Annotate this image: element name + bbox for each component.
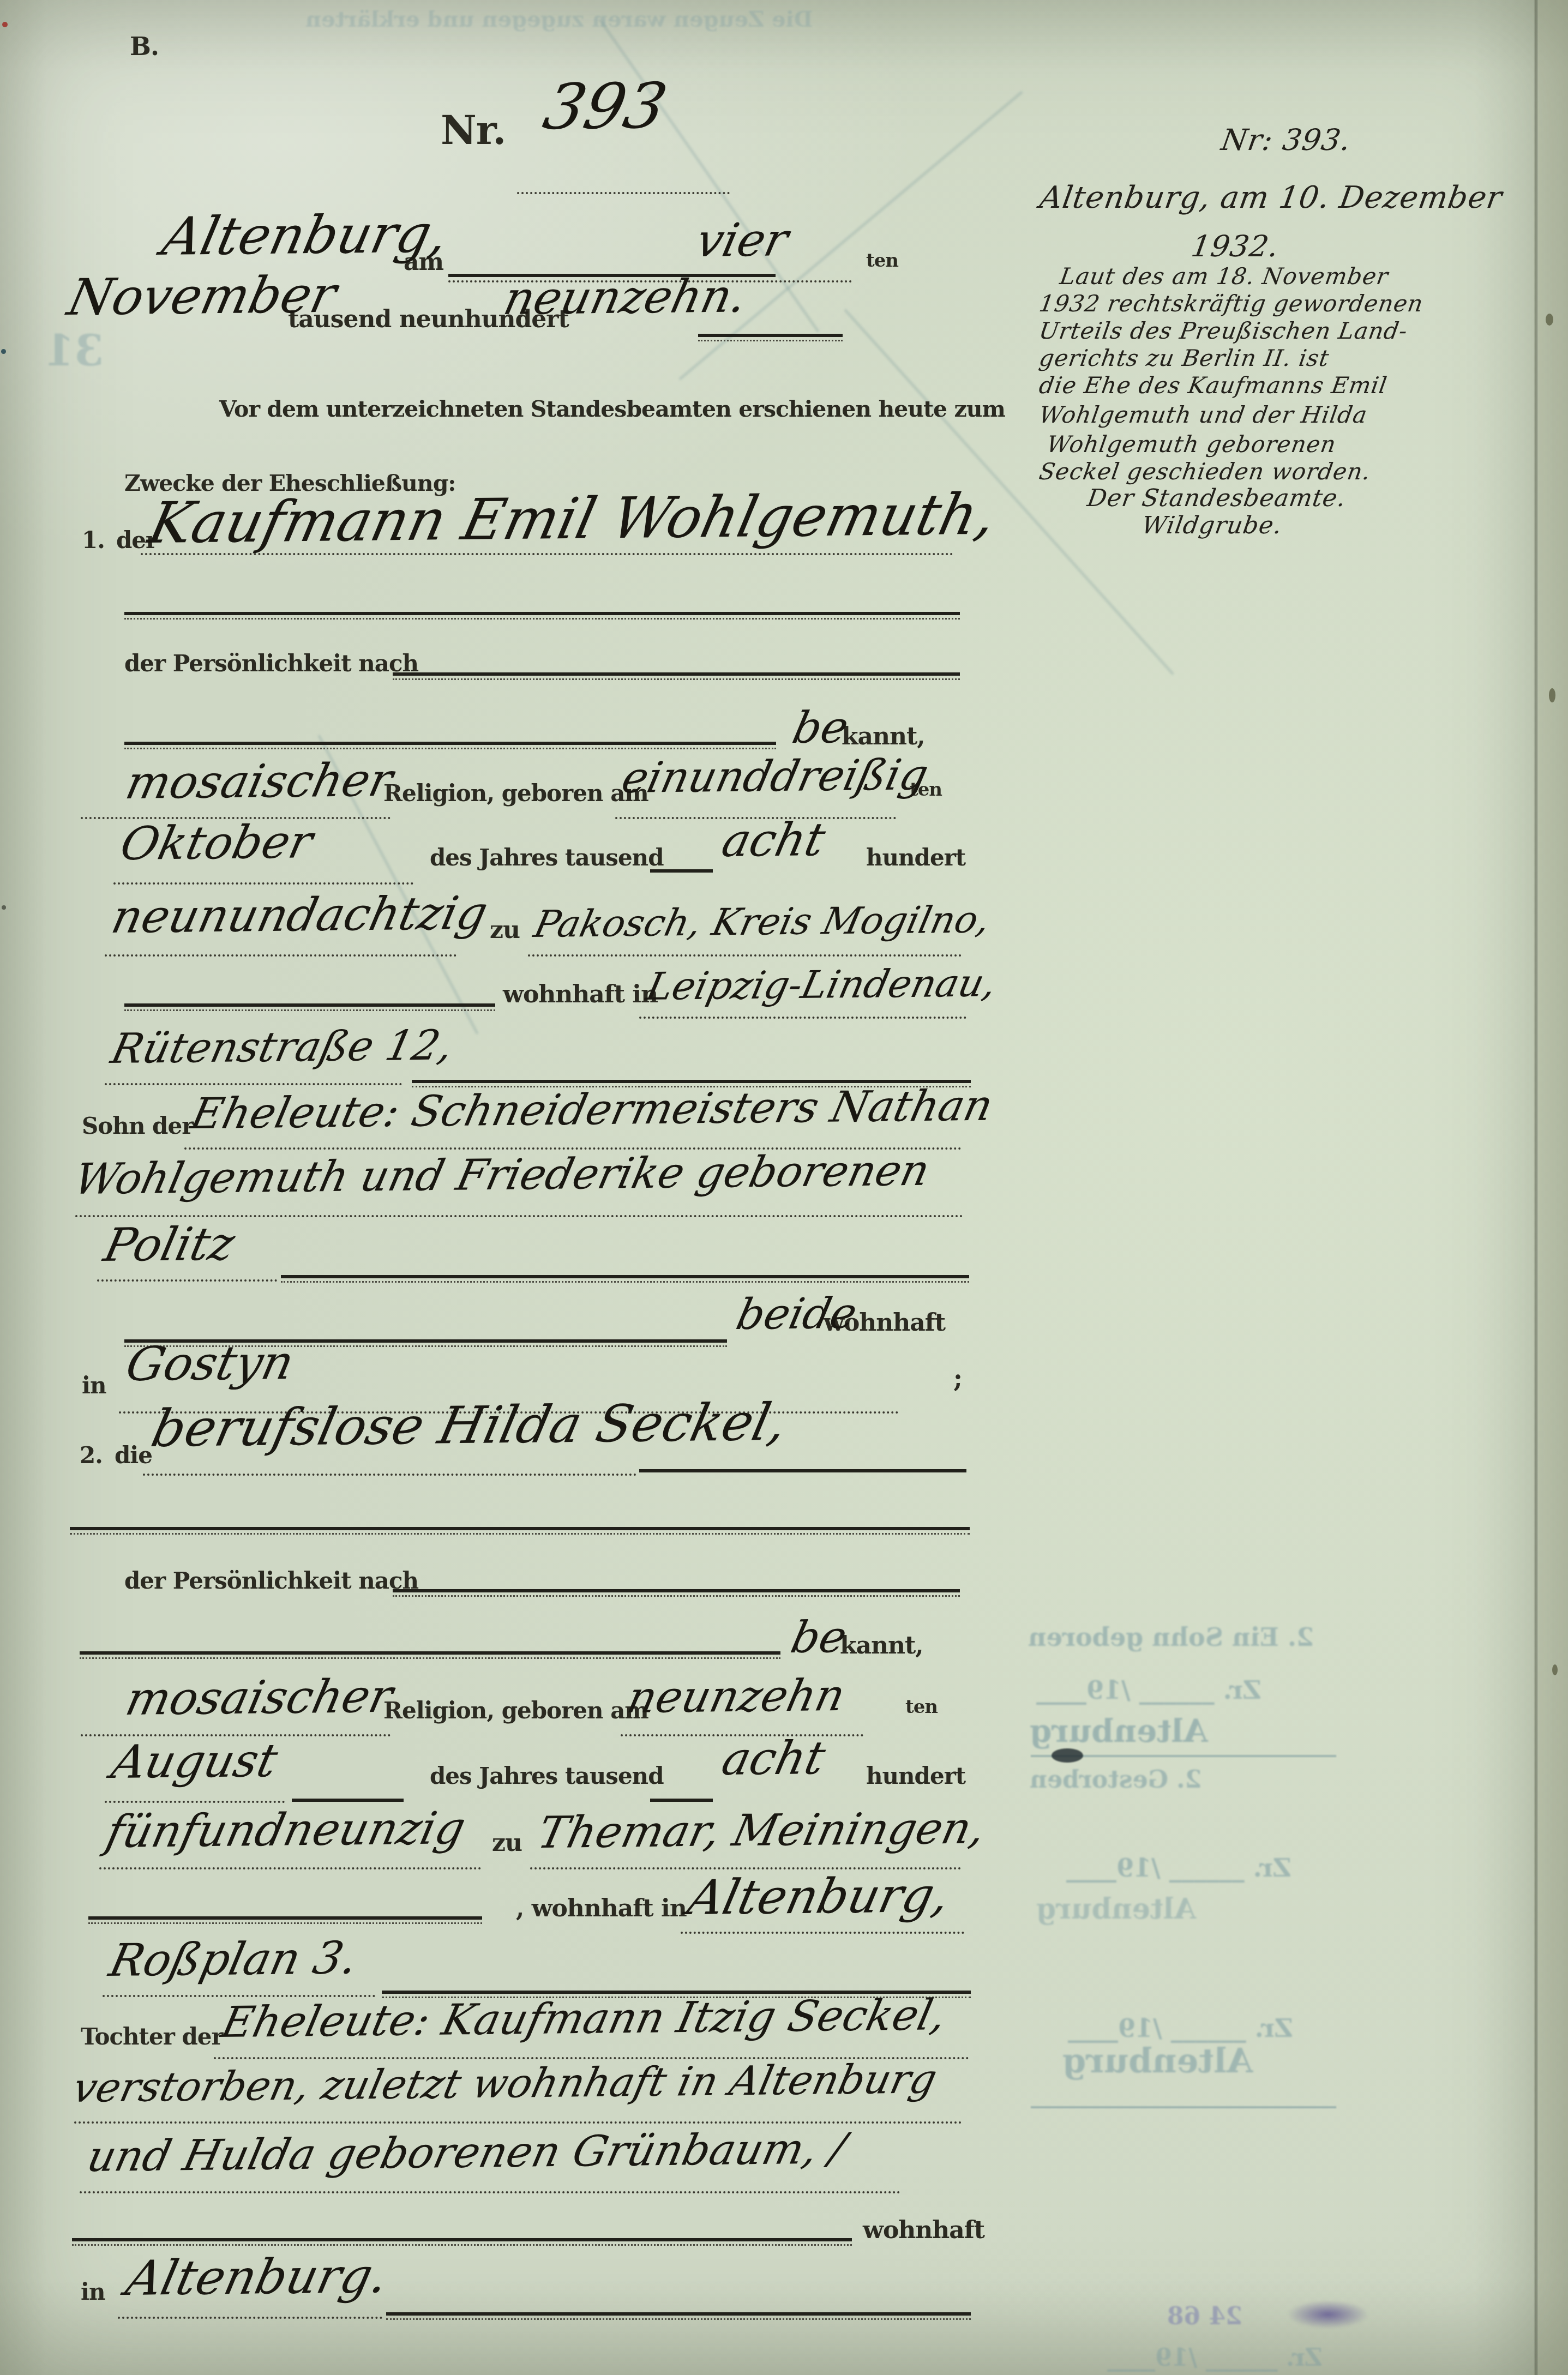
leader-dots (105, 954, 456, 957)
margin-note-line: Laut des am 18. November (1058, 263, 1390, 290)
paper-speck (2, 22, 8, 27)
groom-mother-maiden-name: Politz (99, 1217, 240, 1272)
bride-street: Roßplan 3. (105, 1932, 363, 1987)
bride-daughter-label: Tochter der (81, 2023, 223, 2050)
margin-signature: Wildgrube. (1140, 512, 1284, 539)
blank-rule (72, 2238, 852, 2246)
blank-rule (70, 1527, 970, 1535)
groom-religion-entry: mosaischer (121, 753, 398, 809)
bleedthrough-text: Altenburg (1036, 1892, 1196, 1926)
groom-residence-label: wohnhaft in (503, 981, 658, 1008)
groom-son-label: Sohn der (82, 1113, 193, 1139)
leader-dots (639, 1017, 966, 1019)
entry-day: vier (692, 213, 793, 267)
groom-name-entry: Kaufmann Emil Wohlgemuth, (143, 481, 1002, 556)
bride-known-suffix: kannt, (840, 1632, 923, 1660)
leader-dots (681, 1932, 964, 1934)
bride-parents-line1: Eheleute: Kaufmann Itzig Seckel, (217, 1991, 951, 2047)
semicolon: ; (953, 1363, 962, 1393)
bride-parents-line2: verstorben, zuletzt wohnhaft in Altenbur… (69, 2055, 941, 2112)
groom-birth-month: Oktober (116, 815, 317, 870)
bleedthrough-text: Altenburg (1062, 2041, 1253, 2081)
in-label: in (81, 2278, 105, 2305)
ten-suffix: ten (866, 250, 898, 272)
bride-year-hundreds: acht (717, 1731, 830, 1785)
wohnhaft-label: wohnhaft (863, 2216, 984, 2244)
hundert-label: hundert (866, 844, 965, 871)
entry-month: November (63, 266, 342, 327)
groom-parents-line1: Eheleute: Schneidermeisters Nathan (187, 1081, 997, 1139)
in-label: in (82, 1372, 106, 1399)
bride-residence-label: , wohnhaft in (516, 1895, 687, 1922)
groom-parents-line2: Wohlgemuth und Friederike geborenen (70, 1146, 934, 1204)
bleedthrough-text: Zr. ______ /19____ (1107, 2344, 1323, 2372)
registry-document-scan: Die Zeugen waren zugegen und erklärten 3… (0, 0, 1568, 2375)
page-edge-strip (1538, 0, 1568, 2375)
jahres-label: des Jahres tausend (430, 844, 664, 871)
bleedthrough-text: Zr. ______ /19____ (1068, 2013, 1293, 2043)
ten-suffix: ten (905, 1696, 938, 1718)
paper-tear (1552, 1664, 1558, 1675)
bride-birthplace: Themar, Meiningen, (533, 1802, 990, 1858)
leader-dots (97, 1279, 277, 1282)
margin-note-line: Urteils des Preußischen Land- (1037, 317, 1410, 344)
entry-year: neunzehn. (499, 269, 752, 325)
bride-residence: Altenburg, (683, 1867, 955, 1926)
bride-parents-line3: und Hulda geborenen Grünbaum, / (83, 2125, 850, 2181)
bride-year-tens: fünfundneunzig (101, 1802, 470, 1858)
margin-number-line: Nr: 393. (1219, 123, 1354, 157)
blank-rule (292, 1799, 404, 1802)
hundert-label: hundert (866, 1763, 965, 1789)
bride-parents-residence: Altenburg. (121, 2247, 393, 2306)
margin-note-line: Seckel geschieden worden. (1037, 458, 1373, 485)
blank-rule (386, 2312, 971, 2320)
ink-smudge (1052, 1748, 1083, 1763)
ink-stamp-smudge (1287, 2300, 1369, 2329)
blank-rule (650, 1799, 713, 1802)
margin-note-line: Wohlgemuth geborenen (1045, 431, 1338, 458)
paper-speck (1, 349, 6, 354)
bride-known-entry: be (786, 1612, 851, 1663)
bleedthrough-line (1031, 2106, 1336, 2108)
jahres-label: des Jahres tausend (430, 1763, 664, 1789)
bleedthrough-text: 2. Gestorben (1030, 1766, 1201, 1794)
leader-dots (105, 1801, 285, 1803)
bride-religion-label: Religion, geboren am (383, 1697, 648, 1724)
margin-note-closing: Der Standesbeamte. (1085, 484, 1348, 512)
bride-religion-entry: mosaischer (121, 1669, 398, 1725)
blank-rule (124, 612, 960, 620)
zu-label: zu (490, 916, 520, 944)
bride-identity-label: der Persönlichkeit nach (124, 1567, 418, 1594)
leader-dots (74, 2121, 962, 2124)
bleedthrough-text: Zr. ______ /19____ (1066, 1853, 1291, 1883)
groom-year-tens: neunundachtzig (107, 886, 492, 943)
margin-note-line: gerichts zu Berlin II. ist (1037, 345, 1331, 371)
record-number-label: Nr. (441, 107, 506, 153)
page-letter: B. (130, 32, 159, 61)
blank-rule (80, 1651, 780, 1659)
page-fold-crease (1534, 0, 1538, 2375)
blank-rule (639, 1469, 966, 1472)
record-number-value: 393 (537, 70, 674, 144)
paper-tear (1549, 688, 1555, 702)
groom-residence: Leipzig-Lindenau, (642, 960, 1001, 1009)
groom-birth-day: einunddreißig (617, 750, 933, 803)
groom-index: 1. (82, 527, 105, 554)
groom-birthplace: Pakosch, Kreis Mogilno, (530, 898, 994, 946)
bleedthrough-text: Die Zeugen waren zugegen und erklärten (305, 7, 813, 32)
groom-religion-label: Religion, geboren am (383, 780, 648, 807)
margin-dateline: Altenburg, am 10. Dezember (1037, 180, 1505, 215)
groom-street: Rütenstraße 12, (107, 1020, 458, 1073)
groom-identity-label: der Persönlichkeit nach (124, 650, 418, 677)
groom-parents-residence: Gostyn (121, 1336, 299, 1392)
leader-dots (99, 1867, 481, 1869)
leader-dots (113, 882, 413, 885)
blank-rule (281, 1275, 969, 1283)
paper-speck (2, 905, 6, 910)
number-underline (517, 192, 730, 194)
leader-dots (528, 954, 962, 957)
blank-rule (124, 742, 776, 749)
blank-rule (698, 334, 843, 341)
leader-dots (105, 1083, 402, 1085)
groom-known-entry: be (788, 702, 853, 753)
margin-dateline-year: 1932. (1189, 229, 1282, 263)
leader-dots (143, 1474, 636, 1476)
groom-beide-entry: beide (732, 1289, 861, 1339)
zu-label: zu (492, 1829, 522, 1857)
paper-tear (1546, 314, 1553, 326)
leader-dots (118, 2317, 382, 2319)
blank-rule (393, 672, 960, 680)
groom-known-suffix: kannt, (842, 723, 925, 750)
bleedthrough-text: Altenburg (1030, 1712, 1208, 1749)
blank-rule (124, 1003, 495, 1011)
bride-birth-month: August (107, 1734, 283, 1789)
groom-year-hundreds: acht (717, 813, 830, 867)
margin-note-line: 1932 rechtskräftig gewordenen (1037, 290, 1425, 317)
bride-birth-day: neunzehn (623, 1670, 850, 1723)
margin-note-line: die Ehe des Kaufmanns Emil (1037, 372, 1389, 399)
blank-rule (88, 1916, 482, 1924)
bleedthrough-text: 24 68 (1167, 2302, 1242, 2330)
margin-note-line: Wohlgemuth und der Hilda (1037, 401, 1369, 428)
bleedthrough-text: Zr. ______ /19____ (1036, 1675, 1261, 1705)
bride-name-entry: berufslose Hilda Seckel, (146, 1393, 792, 1459)
intro-line-1: Vor dem unterzeichneten Standesbeamten e… (219, 396, 1005, 422)
bleedthrough-text: 2. Ein Sohn geboren (1028, 1622, 1314, 1652)
bleedthrough-text: 31 (45, 326, 104, 376)
blank-rule (393, 1589, 960, 1597)
entry-place: Altenburg, (157, 203, 454, 267)
leader-dots (80, 2191, 900, 2193)
bride-index: 2. (80, 1442, 103, 1469)
